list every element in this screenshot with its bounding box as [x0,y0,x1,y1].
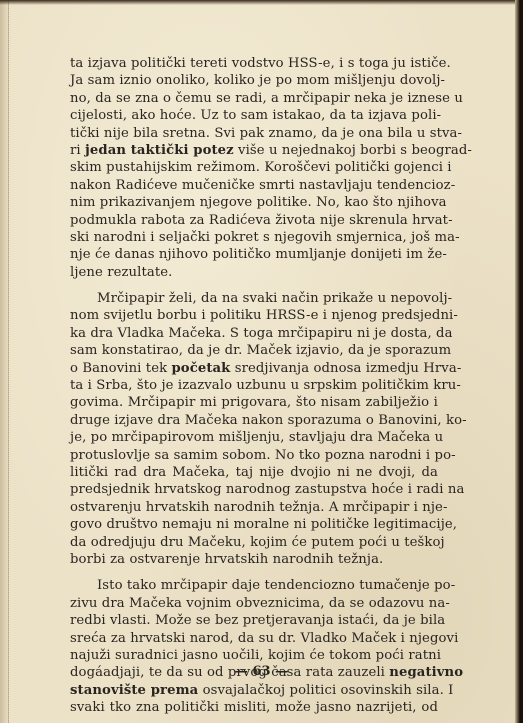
paragraph-gap [70,568,438,577]
text-line: predsjednik hrvatskog narodnog zastupstv… [70,481,438,498]
book-page: ta izjava politički tereti vodstvo HSS-e… [0,0,515,723]
text-line: najuži suradnici jasno uočili, kojim će … [70,647,438,664]
text-line: redbi vlasti. Može se bez pretjeravanja … [70,612,438,629]
paragraph-gap [70,281,438,290]
text-line: nim prikazivanjem njegove politike. No, … [70,194,438,211]
text-line: tički nije bila sretna. Svi pak znamo, d… [70,125,438,142]
text-line: nje će danas njihovo političko mumljanje… [70,246,438,263]
text-line: no, da se zna o čemu se radi, a mrčipapi… [70,90,438,107]
text-line: podmukla rabota za Radićeva života nije … [70,212,438,229]
text-line: litički rad dra Mačeka, taj nije dvojio … [70,464,438,481]
text-line: svaki tko zna politički misliti, može ja… [70,699,438,716]
text-line: ostvarenju hrvatskih narodnih težnja. A … [70,499,438,516]
text-line: govo društvo nemaju ni moralne ni politi… [70,516,438,533]
text-line: protuslovlje sa samim sobom. No tko pozn… [70,447,438,464]
text-line: ri jedan taktički potez više u nejednako… [70,142,438,159]
text-line: sam konstatirao, da je dr. Maček izjavio… [70,342,438,359]
text-line: je, po mrčipapirovom mišljenju, stavljaj… [70,429,438,446]
text-line: ka dra Vladka Mačeka. S toga mrčipapiru … [70,325,438,342]
text-line: Ja sam iznio onoliko, koliko je po mom m… [70,72,438,89]
text-line: stanovište prema osvajalačkoj politici o… [70,682,438,699]
text-line: cijelosti, ako hoće. Uz to sam istakao, … [70,107,438,124]
bold-emphasis: jedan taktički potez [85,143,234,158]
paragraph-p2: Mrčipapir želi, da na svaki način prikaž… [70,290,438,568]
text-line: ljene rezultate. [70,264,438,281]
text-line: sreća za hrvatski narod, da su dr. Vladk… [70,630,438,647]
text-line: o Banovini tek početak sredjivanja odnos… [70,360,438,377]
text-line: nakon Radićeve mučeničke smrti nastavlja… [70,177,438,194]
body-text: ta izjava politički tereti vodstvo HSS-e… [70,55,438,716]
text-line: Mrčipapir želi, da na svaki način prikaž… [70,290,438,307]
paragraph-p3: Isto tako mrčipapir daje tendenciozno tu… [70,577,438,716]
page-top-shadow [0,0,523,5]
paragraph-p1: ta izjava politički tereti vodstvo HSS-e… [70,55,438,281]
text-line: Isto tako mrčipapir daje tendenciozno tu… [70,577,438,594]
page-number: — 63 — [0,664,523,679]
text-line: borbi za ostvarenje hrvatskih narodnih t… [70,551,438,568]
text-line: druge izjave dra Mačeka nakon sporazuma … [70,412,438,429]
text-line: skim pustahijskim režimom. Koroščevi pol… [70,159,438,176]
page-binding-edge [0,0,9,723]
text-line: ski narodni i seljački pokret s njegovih… [70,229,438,246]
bold-emphasis: stanovište prema [70,683,198,698]
bold-emphasis: početak [171,361,230,376]
text-line: ta i Srba, što je izazvalo uzbunu u srps… [70,377,438,394]
book-cover-edge [515,0,523,723]
text-line: nom svijetlu borbu i politiku HRSS-e i n… [70,307,438,324]
text-line: govima. Mrčipapir mi prigovara, što nisa… [70,394,438,411]
text-line: ta izjava politički tereti vodstvo HSS-e… [70,55,438,72]
text-line: zivu dra Mačeka vojnim obveznicima, da s… [70,595,438,612]
text-line: da odredjuju dru Mačeku, kojim će putem … [70,534,438,551]
